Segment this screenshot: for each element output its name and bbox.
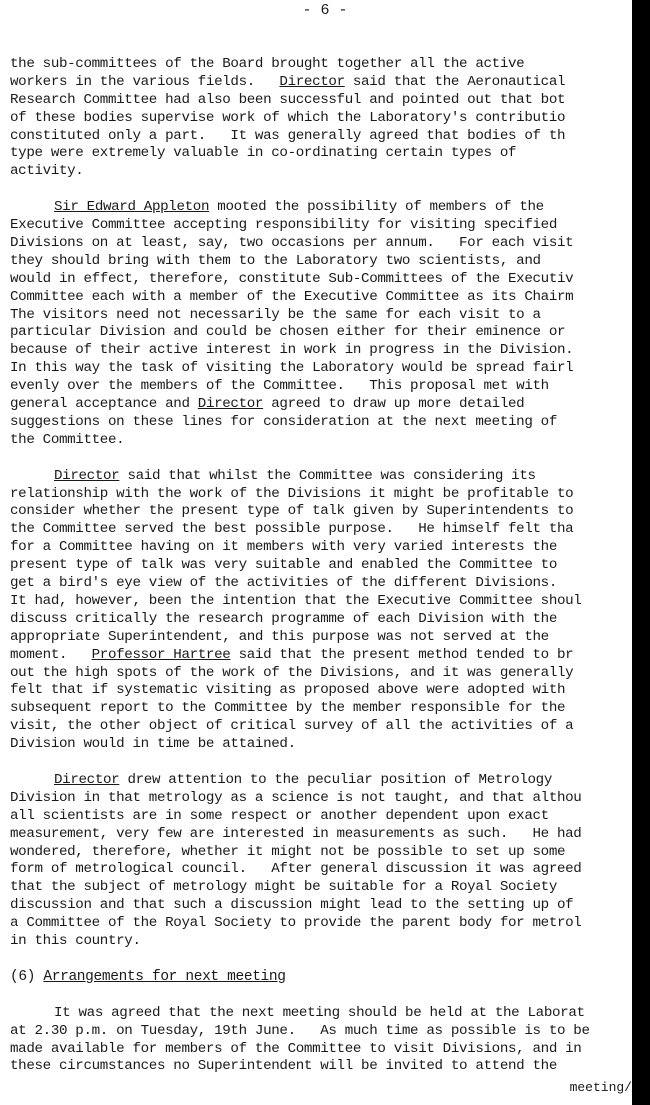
text-line: discussion and that such a discussion mi… — [10, 897, 635, 915]
underlined-name: Director — [198, 396, 263, 412]
text-line: at 2.30 p.m. on Tuesday, 19th June. As m… — [10, 1023, 635, 1041]
text-line: Division would in time be attained. — [10, 736, 635, 754]
text-line: Research Committee had also been success… — [10, 92, 635, 110]
text-line: In this way the task of visiting the Lab… — [10, 360, 635, 378]
paragraph-gap — [10, 987, 635, 1005]
text-line: they should bring with them to the Labor… — [10, 253, 635, 271]
text-line: wondered, therefore, whether it might no… — [10, 844, 635, 862]
text-line: particular Division and could be chosen … — [10, 324, 635, 342]
section-heading: (6) Arrangements for next meeting — [10, 969, 635, 987]
text-line: that the subject of metrology might be s… — [10, 879, 635, 897]
paragraph-gap — [10, 181, 635, 199]
text-line: the Committee served the best possible p… — [10, 521, 635, 539]
text-line: made available for members of the Commit… — [10, 1041, 635, 1059]
text-line: Executive Committee accepting responsibi… — [10, 217, 635, 235]
document-body: the sub-committees of the Board brought … — [10, 56, 635, 1076]
underlined-name: Director — [54, 468, 119, 484]
text-line: consider whether the present type of tal… — [10, 503, 635, 521]
text-line: suggestions on these lines for considera… — [10, 414, 635, 432]
text-line: the sub-committees of the Board brought … — [10, 56, 635, 74]
text-line: out the high spots of the work of the Di… — [10, 665, 635, 683]
text-line: The visitors need not necessarily be the… — [10, 307, 635, 325]
text-line: type were extremely valuable in co-ordin… — [10, 145, 635, 163]
text-line: workers in the various fields. Director … — [10, 74, 635, 92]
text-line: It was agreed that the next meeting shou… — [10, 1005, 635, 1023]
text-line: in this country. — [10, 933, 635, 951]
text-line: It had, however, been the intention that… — [10, 593, 635, 611]
text-line: the Committee. — [10, 432, 635, 450]
text-line: moment. Professor Hartree said that the … — [10, 647, 635, 665]
paragraph-gap — [10, 450, 635, 468]
text-line: discuss critically the research programm… — [10, 611, 635, 629]
text-line: visit, the other object of critical surv… — [10, 718, 635, 736]
text-line: Director drew attention to the peculiar … — [10, 772, 635, 790]
text-line: all scientists are in some respect or an… — [10, 808, 635, 826]
text-line: would in effect, therefore, constitute S… — [10, 271, 635, 289]
text-line: Sir Edward Appleton mooted the possibili… — [10, 199, 635, 217]
paragraph-gap — [10, 754, 635, 772]
text-line: Committee each with a member of the Exec… — [10, 289, 635, 307]
underlined-name: Professor Hartree — [92, 647, 231, 663]
text-line: evenly over the members of the Committee… — [10, 378, 635, 396]
text-line: constituted only a part. It was generall… — [10, 128, 635, 146]
text-line: a Committee of the Royal Society to prov… — [10, 915, 635, 933]
text-line: Divisions on at least, say, two occasion… — [10, 235, 635, 253]
text-line: these circumstances no Superintendent wi… — [10, 1058, 635, 1076]
underlined-name: Director — [54, 772, 119, 788]
paragraph-gap — [10, 951, 635, 969]
catchword: meeting/ — [570, 1080, 632, 1095]
text-line: appropriate Superintendent, and this pur… — [10, 629, 635, 647]
text-line: get a bird's eye view of the activities … — [10, 575, 635, 593]
text-line: of these bodies supervise work of which … — [10, 110, 635, 128]
section-title: Arrangements for next meeting — [43, 969, 285, 985]
text-line: general acceptance and Director agreed t… — [10, 396, 635, 414]
text-line: for a Committee having on it members wit… — [10, 539, 635, 557]
text-line: because of their active interest in work… — [10, 342, 635, 360]
section-number: (6) — [10, 969, 43, 985]
underlined-name: Sir Edward Appleton — [54, 199, 209, 215]
page-number: - 6 - — [0, 2, 650, 19]
text-line: measurement, very few are interested in … — [10, 826, 635, 844]
text-line: subsequent report to the Committee by th… — [10, 700, 635, 718]
text-line: felt that if systematic visiting as prop… — [10, 682, 635, 700]
text-line: relationship with the work of the Divisi… — [10, 486, 635, 504]
text-line: Division in that metrology as a science … — [10, 790, 635, 808]
text-line: form of metrological council. After gene… — [10, 861, 635, 879]
text-line: activity. — [10, 163, 635, 181]
underlined-name: Director — [279, 74, 344, 90]
text-line: Director said that whilst the Committee … — [10, 468, 635, 486]
text-line: present type of talk was very suitable a… — [10, 557, 635, 575]
